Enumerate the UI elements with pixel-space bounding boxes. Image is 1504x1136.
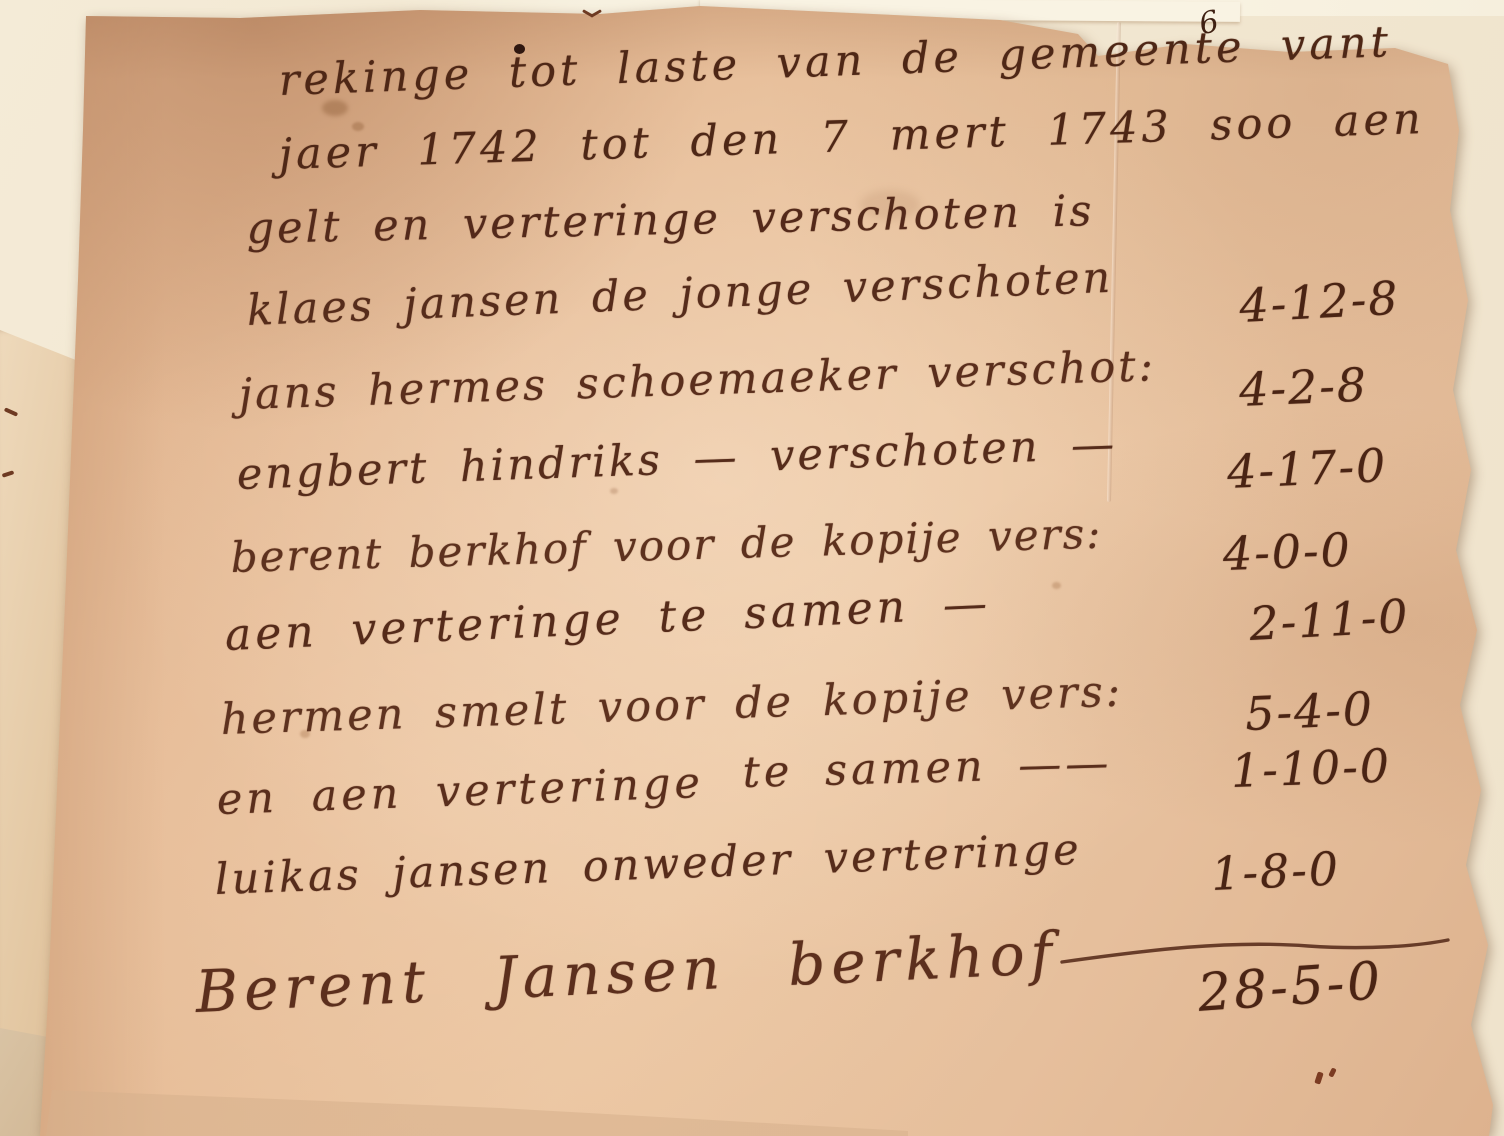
entry-amount: 1-10-0: [1230, 738, 1392, 798]
entry-amount: 5-4-0: [1244, 681, 1375, 741]
entry-amount: 4-2-8: [1238, 357, 1369, 417]
photo-canvas: 6 rekinge tot laste van de gemeente vant…: [0, 0, 1504, 1136]
entry-amount: 4-12-8: [1238, 271, 1401, 333]
entry-amount: 4-17-0: [1226, 438, 1388, 499]
entry-amount: 1-8-0: [1210, 841, 1341, 901]
entry-label-continued: te samen ——: [742, 738, 1113, 798]
entry-amount: 4-0-0: [1222, 523, 1353, 581]
paper-stain: [610, 488, 618, 494]
paper-stain: [1052, 582, 1061, 589]
entry-amount: 2-11-0: [1248, 589, 1411, 651]
